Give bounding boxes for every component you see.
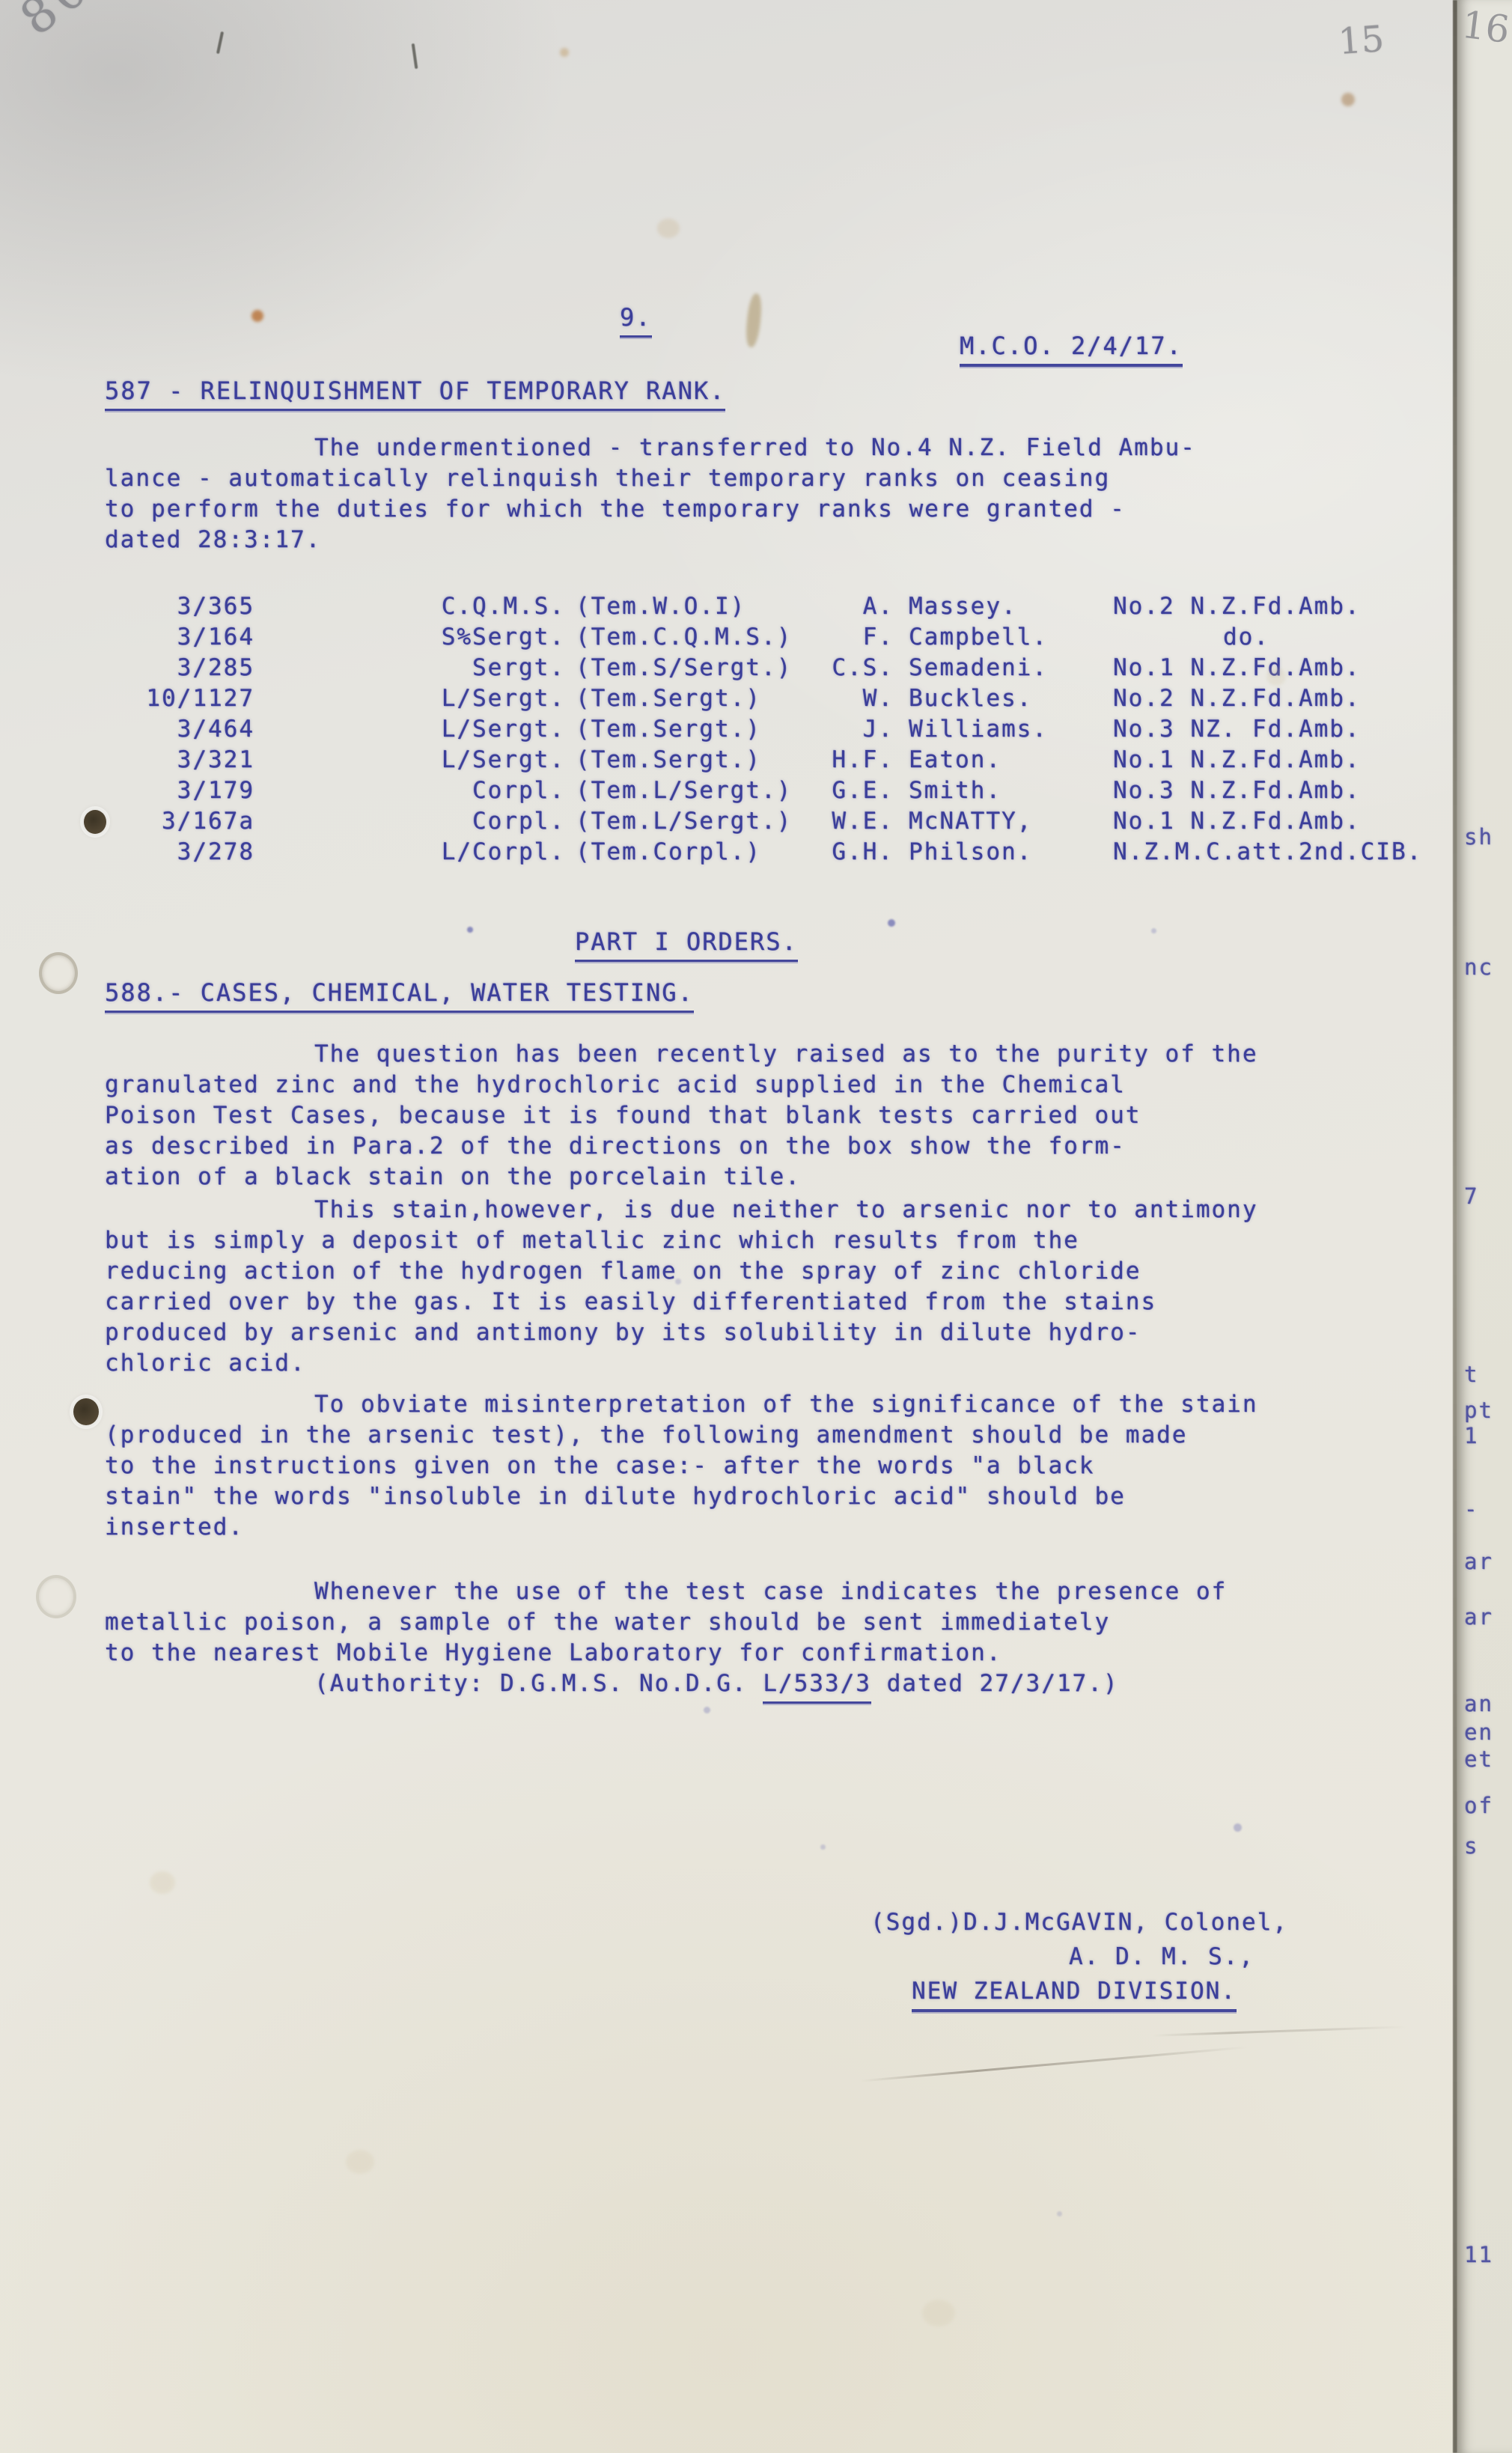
pencil-archive-number: 809.: [10, 0, 147, 46]
foxing-stain: [560, 48, 569, 57]
typed-line: reducing action of the hydrogen flame on…: [105, 1256, 1258, 1287]
document-scan: 809. 15 9. M.C.O. 2/4/17. 587 - RELINQUI…: [0, 0, 1512, 2453]
roster-row: 3/179Corpl.(Tem.L/Sergt.)G.E.Smith.No.3 …: [105, 775, 1422, 806]
typed-line: Poison Test Cases, because it is found t…: [105, 1100, 1258, 1131]
typed-line: produced by arsenic and antimony by its …: [105, 1317, 1258, 1348]
roster-unit: No.1 N.Z.Fd.Amb.: [1100, 806, 1361, 837]
roster-initials: G.H.: [830, 837, 894, 868]
adjacent-page-sliver: 16 shnc7tpt1-araranenetofs11: [1457, 0, 1512, 2453]
roster-rank: L/Sergt.: [254, 745, 565, 775]
roster-surname: Eaton.: [894, 745, 1100, 775]
paper-fiber: [412, 43, 418, 69]
paper-crease: [860, 2046, 1248, 2082]
foxing-stain: [150, 1871, 175, 1894]
typed-line: The question has been recently raised as…: [105, 1039, 1258, 1070]
ink-speck: [820, 1844, 826, 1850]
roster-rank: C.Q.M.S.: [254, 591, 565, 622]
roster-temporary-rank: (Tem.W.O.I): [565, 591, 830, 622]
roster-temporary-rank: (Tem.Sergt.): [565, 714, 830, 745]
adjacent-page-text-fragment: of: [1464, 1791, 1493, 1821]
roster-temporary-rank: (Tem.L/Sergt.): [565, 806, 830, 837]
roster-row: 3/365C.Q.M.S.(Tem.W.O.I)A.Massey.No.2 N.…: [105, 591, 1422, 622]
roster-number: 3/321: [105, 745, 254, 775]
section-588-paragraph-3: To obviate misinterpretation of the sign…: [105, 1389, 1258, 1543]
ink-speck: [1151, 928, 1156, 933]
roster-rank: S%Sergt.: [254, 622, 565, 653]
ink-speck: [1234, 1823, 1242, 1832]
roster-unit: No.3 NZ. Fd.Amb.: [1100, 714, 1361, 745]
foxing-stain: [657, 219, 680, 238]
orders-page: 809. 15 9. M.C.O. 2/4/17. 587 - RELINQUI…: [0, 0, 1458, 2453]
ink-speck: [1057, 2211, 1062, 2216]
authority-line: (Authority: D.G.M.S. No.D.G. L/533/3 dat…: [314, 1669, 1119, 1704]
section-588-paragraph-4: Whenever the use of the test case indica…: [105, 1576, 1227, 1669]
roster-surname: Campbell.: [894, 622, 1100, 653]
roster-surname: Smith.: [894, 775, 1100, 806]
typed-line: lance - automatically relinquish their t…: [105, 463, 1196, 494]
adjacent-page-text-fragment: sh: [1464, 822, 1493, 853]
typed-line: Whenever the use of the test case indica…: [105, 1576, 1227, 1607]
roster-number: 3/179: [105, 775, 254, 806]
roster-row: 3/278L/Corpl.(Tem.Corpl.)G.H.Philson.N.Z…: [105, 837, 1422, 868]
adjacent-page-text-fragment: ar: [1464, 1602, 1493, 1633]
roster-number: 3/464: [105, 714, 254, 745]
roster-rank: Sergt.: [254, 653, 565, 683]
roster-rank: L/Corpl.: [254, 837, 565, 868]
part-i-orders-heading: PART I ORDERS.: [575, 927, 798, 962]
roster-row: 3/164S%Sergt.(Tem.C.Q.M.S.)F.Campbell.do…: [105, 622, 1422, 653]
typed-line: to perform the duties for which the temp…: [105, 494, 1196, 525]
roster-row: 3/167aCorpl.(Tem.L/Sergt.)W.E.McNATTY,No…: [105, 806, 1422, 837]
roster-number: 3/167a: [105, 806, 254, 837]
adjacent-page-text-fragment: et: [1464, 1744, 1493, 1775]
authority-prefix: (Authority: D.G.M.S. No.D.G.: [314, 1670, 763, 1697]
section-588-paragraph-1: The question has been recently raised as…: [105, 1039, 1258, 1192]
typed-line: dated 28:3:17.: [105, 525, 1196, 555]
typed-line: To obviate misinterpretation of the sign…: [105, 1389, 1258, 1420]
roster-row: 3/321L/Sergt.(Tem.Sergt.)H.F.Eaton.No.1 …: [105, 745, 1422, 775]
pencil-folio-number: 15: [1337, 18, 1386, 63]
typed-line: (produced in the arsenic test), the foll…: [105, 1420, 1258, 1451]
roster-unit: No.3 N.Z.Fd.Amb.: [1100, 775, 1361, 806]
roster-number: 3/285: [105, 653, 254, 683]
roster-temporary-rank: (Tem.Sergt.): [565, 745, 830, 775]
roster-surname: Massey.: [894, 591, 1100, 622]
roster-temporary-rank: (Tem.L/Sergt.): [565, 775, 830, 806]
adjacent-page-text-fragment: t: [1464, 1359, 1478, 1390]
adjacent-page-text-fragment: an: [1464, 1689, 1493, 1719]
roster-initials: W.E.: [830, 806, 894, 837]
pencil-next-page-number: 16: [1460, 3, 1512, 52]
ink-speck: [888, 919, 895, 927]
punch-hole-impression: [39, 952, 78, 994]
ink-speck: [704, 1707, 710, 1713]
roster-initials: W.: [830, 683, 894, 714]
adjacent-page-text-fragment: -: [1464, 1494, 1478, 1525]
typed-line: chloric acid.: [105, 1348, 1258, 1379]
paper-damage-streak: [744, 293, 763, 347]
roster-rank: L/Sergt.: [254, 683, 565, 714]
foxing-stain: [346, 2150, 374, 2174]
foxing-stain: [252, 310, 263, 322]
roster-number: 10/1127: [105, 683, 254, 714]
roster-temporary-rank: (Tem.C.Q.M.S.): [565, 622, 830, 653]
roster-initials: F.: [830, 622, 894, 653]
roster-number: 3/278: [105, 837, 254, 868]
typed-page-number: 9.: [620, 302, 652, 338]
roster-number: 3/365: [105, 591, 254, 622]
roster-surname: Buckles.: [894, 683, 1100, 714]
relinquishment-roster: 3/365C.Q.M.S.(Tem.W.O.I)A.Massey.No.2 N.…: [105, 591, 1422, 868]
roster-temporary-rank: (Tem.Corpl.): [565, 837, 830, 868]
adjacent-page-text-fragment: 11: [1464, 2240, 1493, 2270]
signature-title-line: A. D. M. S.,: [1069, 1942, 1255, 1972]
roster-unit: No.1 N.Z.Fd.Amb.: [1100, 745, 1361, 775]
roster-surname: Williams.: [894, 714, 1100, 745]
authority-reference: L/533/3: [763, 1669, 871, 1704]
typed-line: carried over by the gas. It is easily di…: [105, 1287, 1258, 1317]
foxing-stain: [922, 2300, 955, 2326]
adjacent-page-text-fragment: 7: [1464, 1181, 1478, 1212]
roster-temporary-rank: (Tem.Sergt.): [565, 683, 830, 714]
roster-temporary-rank: (Tem.S/Sergt.): [565, 653, 830, 683]
paper-crease: [1153, 2026, 1407, 2037]
roster-unit: No.2 N.Z.Fd.Amb.: [1100, 683, 1361, 714]
roster-unit: No.1 N.Z.Fd.Amb.: [1100, 653, 1361, 683]
order-reference: M.C.O. 2/4/17.: [960, 331, 1183, 367]
roster-rank: Corpl.: [254, 775, 565, 806]
roster-number: 3/164: [105, 622, 254, 653]
typed-line: to the instructions given on the case:- …: [105, 1451, 1258, 1481]
signature-signed-line: (Sgd.)D.J.McGAVIN, Colonel,: [871, 1907, 1288, 1938]
section-588-heading: 588.- CASES, CHEMICAL, WATER TESTING.: [105, 978, 694, 1013]
punch-hole: [84, 810, 106, 834]
adjacent-page-text-fragment: s: [1464, 1831, 1478, 1862]
adjacent-page-text-fragment: en: [1464, 1717, 1493, 1748]
punch-hole-impression: [36, 1575, 76, 1618]
roster-unit: No.2 N.Z.Fd.Amb.: [1100, 591, 1361, 622]
roster-initials: G.E.: [830, 775, 894, 806]
roster-initials: C.S.: [830, 653, 894, 683]
adjacent-page-text-fragment: 1: [1464, 1421, 1478, 1451]
ink-speck: [467, 927, 473, 933]
roster-surname: Philson.: [894, 837, 1100, 868]
paper-fiber: [216, 31, 224, 54]
typed-line: inserted.: [105, 1512, 1258, 1543]
roster-unit: do.: [1100, 622, 1269, 653]
typed-line: stain" the words "insoluble in dilute hy…: [105, 1481, 1258, 1512]
adjacent-page-text-fragment: ar: [1464, 1547, 1493, 1577]
roster-row: 3/285Sergt.(Tem.S/Sergt.)C.S.Semadeni.No…: [105, 653, 1422, 683]
roster-initials: J.: [830, 714, 894, 745]
roster-row: 3/464L/Sergt.(Tem.Sergt.)J.Williams.No.3…: [105, 714, 1422, 745]
typed-line: metallic poison, a sample of the water s…: [105, 1607, 1227, 1638]
typed-line: to the nearest Mobile Hygiene Laboratory…: [105, 1638, 1227, 1669]
punch-hole: [73, 1398, 99, 1425]
foxing-stain: [1341, 93, 1355, 106]
signature-unit-line: NEW ZEALAND DIVISION.: [912, 1976, 1237, 2012]
typed-line: but is simply a deposit of metallic zinc…: [105, 1225, 1258, 1256]
roster-unit: N.Z.M.C.att.2nd.CIB.: [1100, 837, 1422, 868]
roster-rank: L/Sergt.: [254, 714, 565, 745]
roster-rank: Corpl.: [254, 806, 565, 837]
section-587-paragraph: The undermentioned - transferred to No.4…: [105, 433, 1196, 555]
typed-line: granulated zinc and the hydrochloric aci…: [105, 1070, 1258, 1100]
typed-line: ation of a black stain on the porcelain …: [105, 1162, 1258, 1192]
typed-line: This stain,however, is due neither to ar…: [105, 1195, 1258, 1225]
roster-surname: Semadeni.: [894, 653, 1100, 683]
adjacent-page-text-fragment: nc: [1464, 952, 1493, 983]
typed-line: The undermentioned - transferred to No.4…: [105, 433, 1196, 463]
section-587-heading: 587 - RELINQUISHMENT OF TEMPORARY RANK.: [105, 376, 725, 411]
authority-suffix: dated 27/3/17.): [871, 1670, 1119, 1697]
typed-line: as described in Para.2 of the directions…: [105, 1131, 1258, 1162]
roster-initials: H.F.: [830, 745, 894, 775]
roster-surname: McNATTY,: [894, 806, 1100, 837]
roster-row: 10/1127L/Sergt.(Tem.Sergt.)W.Buckles.No.…: [105, 683, 1422, 714]
roster-initials: A.: [830, 591, 894, 622]
section-588-paragraph-2: This stain,however, is due neither to ar…: [105, 1195, 1258, 1379]
